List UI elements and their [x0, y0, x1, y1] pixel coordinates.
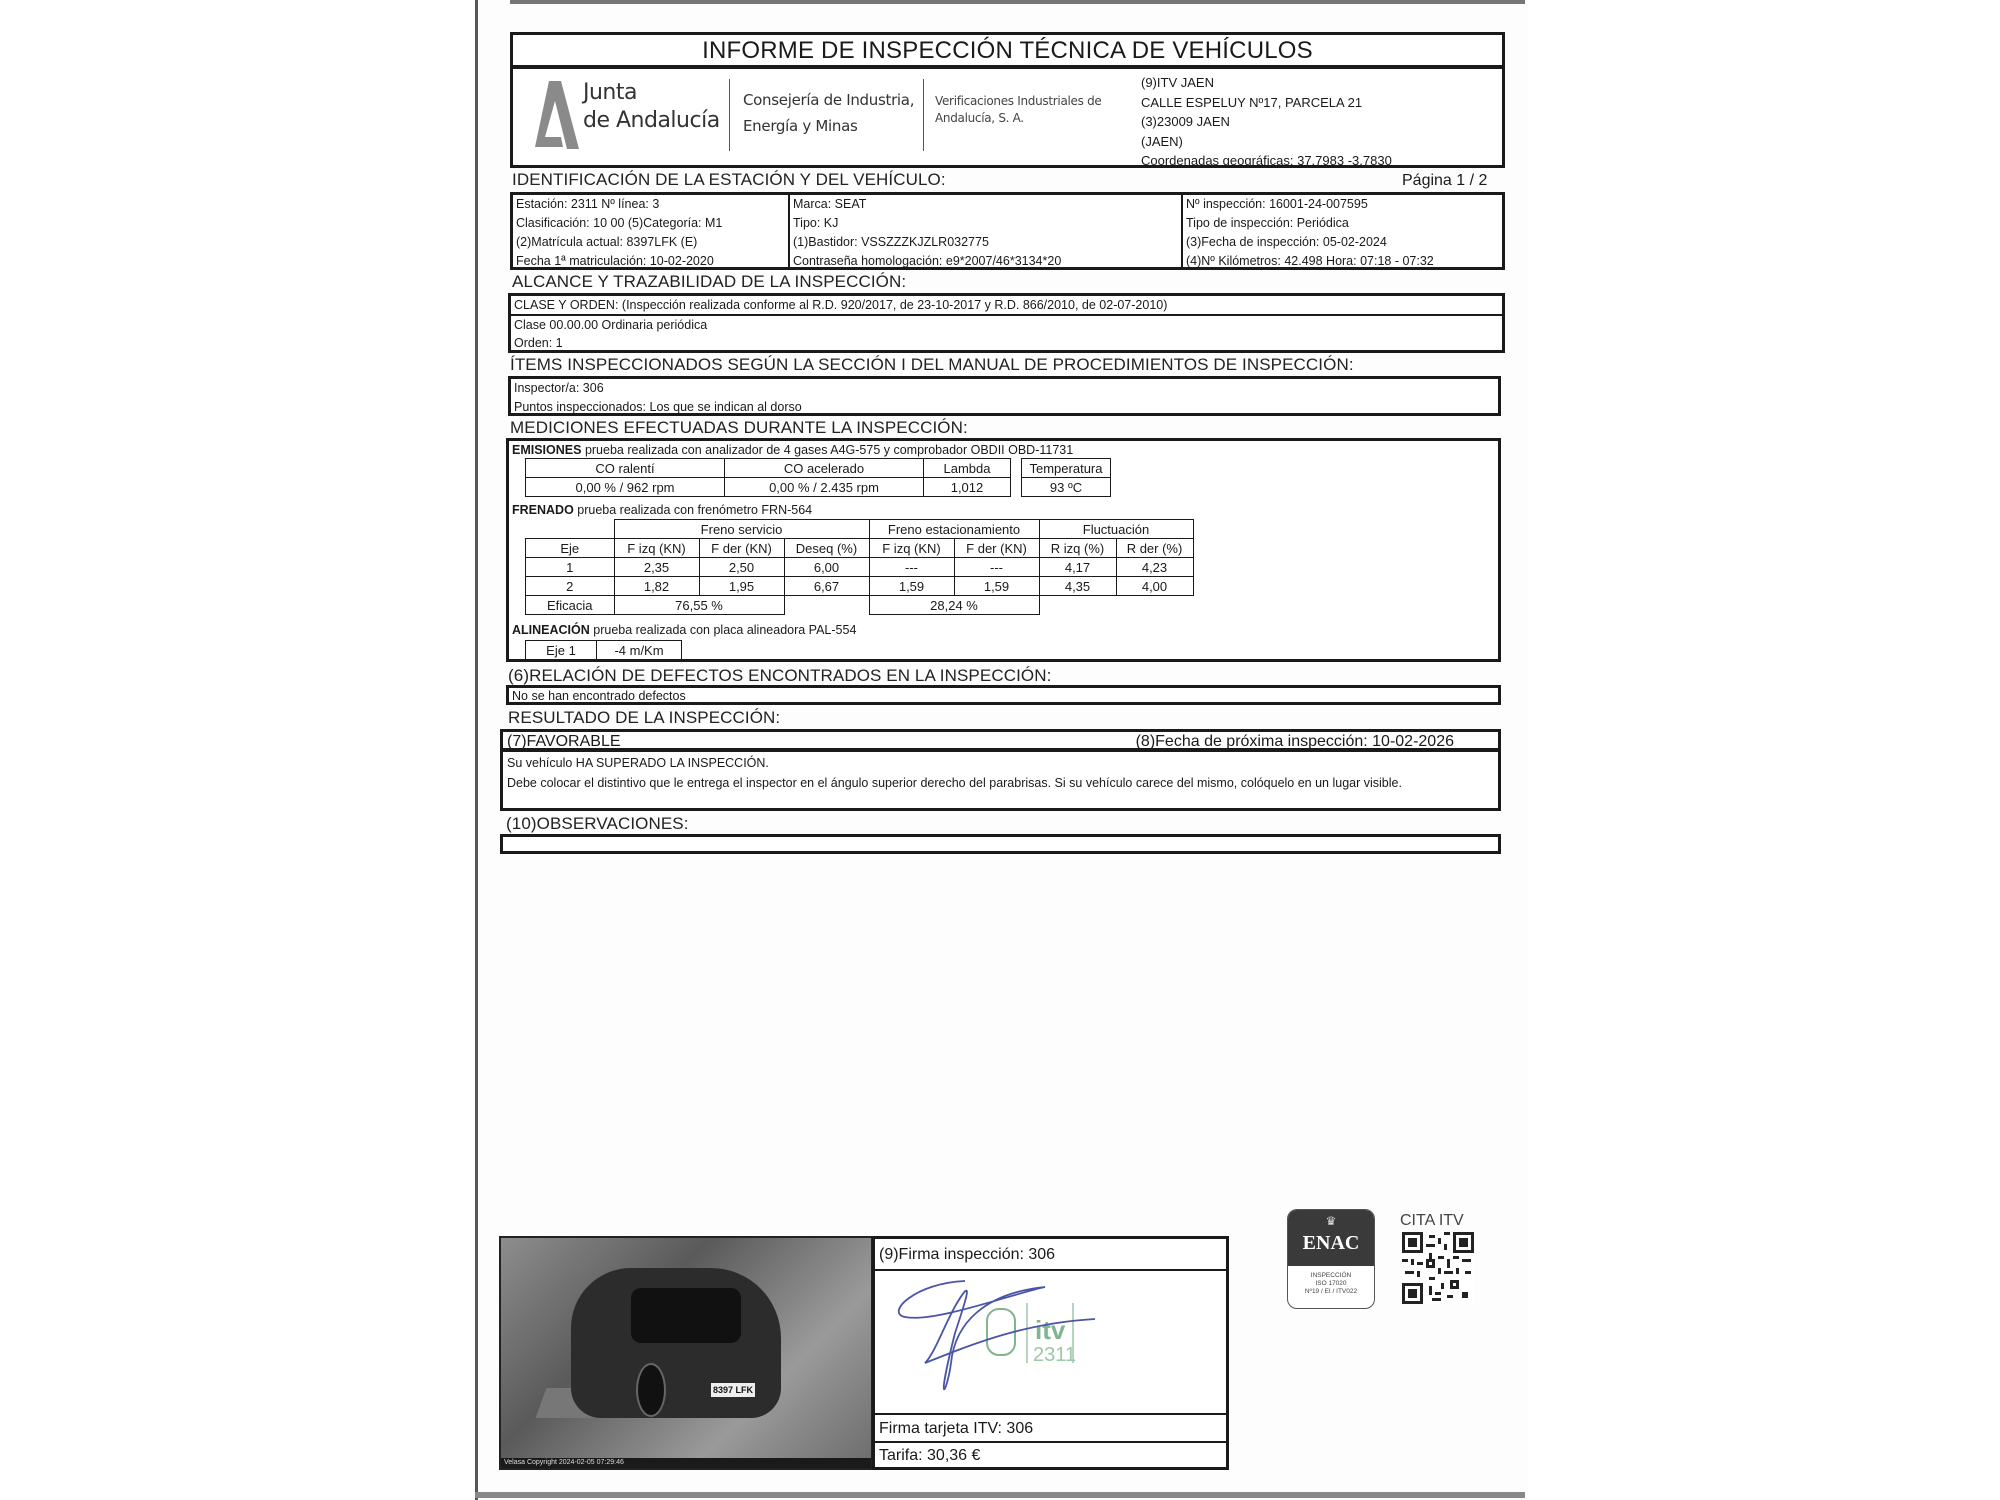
result-line-2: Debe colocar el distintivo que le entreg…: [507, 773, 1497, 793]
inspector-text: Inspector/a: 306: [514, 379, 604, 397]
junta-logo-text: Junta de Andalucía: [583, 79, 720, 135]
car-wheel: [636, 1363, 666, 1417]
enac-badge: ♛ ENAC INSPECCIÓN ISO 17020 Nº19 / EI / …: [1287, 1209, 1375, 1309]
section-heading-scope: ALCANCE Y TRAZABILIDAD DE LA INSPECCIÓN:: [512, 272, 906, 292]
svg-text:2311: 2311: [1033, 1344, 1076, 1366]
temperature-table: Temperatura 93 ºC: [1021, 458, 1111, 497]
points-text: Puntos inspeccionados: Los que se indica…: [514, 398, 802, 416]
clase-text: Clase 00.00.00 Ordinaria periódica: [514, 316, 707, 334]
signature-box: (9)Firma inspección: 306 itv 2311 Firma …: [872, 1236, 1229, 1470]
license-plate: 8397 LFK: [711, 1383, 755, 1397]
page-number: Página 1 / 2: [1402, 172, 1487, 190]
defects-box: No se han encontrado defectos: [506, 685, 1501, 705]
page-edge-bottom: [475, 1492, 1525, 1498]
scope-box: CLASE Y ORDEN: (Inspección realizada con…: [508, 293, 1505, 353]
signature-stamp-icon: itv 2311: [895, 1273, 1215, 1407]
clase-orden-text: CLASE Y ORDEN: (Inspección realizada con…: [514, 296, 1167, 314]
document-title: INFORME DE INSPECCIÓN TÉCNICA DE VEHÍCUL…: [510, 32, 1505, 68]
signature-label: (9)Firma inspección: 306: [875, 1241, 1226, 1271]
observations-box: [500, 834, 1501, 854]
card-signature-label: Firma tarjeta ITV: 306: [875, 1413, 1226, 1443]
result-line-1: Su vehículo HA SUPERADO LA INSPECCIÓN.: [507, 754, 769, 772]
identification-box: Estación: 2311 Nº línea: 3 Clasificación…: [510, 192, 1505, 270]
inspection-info-column: Nº inspección: 16001-24-007595 Tipo de i…: [1181, 195, 1502, 267]
qr-title: CITA ITV: [1400, 1212, 1464, 1230]
braking-line: FRENADO prueba realizada con frenómetro …: [512, 501, 812, 519]
station-address: (9)ITV JAEN CALLE ESPELUY Nº17, PARCELA …: [1141, 73, 1392, 171]
svg-text:itv: itv: [1035, 1315, 1066, 1345]
header-block: Junta de Andalucía Consejería de Industr…: [510, 66, 1505, 168]
vehicle-photo: 8397 LFK Velasa Copyright 2024-02-05 07:…: [499, 1236, 873, 1470]
defects-text: No se han encontrado defectos: [512, 688, 686, 704]
alignment-line: ALINEACIÓN prueba realizada con placa al…: [512, 621, 856, 639]
section-heading-result: RESULTADO DE LA INSPECCIÓN:: [508, 708, 780, 728]
junta-andalucia-logo-icon: [531, 79, 581, 151]
measurements-box: EMISIONES prueba realizada con analizado…: [506, 438, 1501, 662]
items-box: Inspector/a: 306 Puntos inspeccionados: …: [508, 376, 1501, 416]
section-heading-observations: (10)OBSERVACIONES:: [506, 814, 689, 834]
section-heading-measurements: MEDICIONES EFECTUADAS DURANTE LA INSPECC…: [510, 418, 968, 438]
vehicle-info-column: Marca: SEAT Tipo: KJ (1)Bastidor: VSSZZZ…: [788, 195, 1181, 267]
divider: [729, 79, 730, 151]
braking-table: Freno servicio Freno estacionamiento Flu…: [525, 519, 1194, 615]
section-heading-defects: (6)RELACIÓN DE DEFECTOS ENCONTRADOS EN L…: [508, 666, 1051, 686]
emissions-table: CO ralentí CO acelerado Lambda 0,00 % / …: [525, 458, 1011, 497]
qr-code-icon[interactable]: [1402, 1232, 1474, 1304]
emissions-line: EMISIONES prueba realizada con analizado…: [512, 441, 1073, 459]
divider: [923, 79, 924, 151]
station-info-column: Estación: 2311 Nº línea: 3 Clasificación…: [513, 195, 788, 267]
section-heading-identification: IDENTIFICACIÓN DE LA ESTACIÓN Y DEL VEHÍ…: [512, 170, 946, 190]
table-row: 1 2,35 2,50 6,00 --- --- 4,17 4,23: [526, 558, 1194, 577]
result-verdict-box: (7)FAVORABLE (8)Fecha de próxima inspecc…: [500, 729, 1501, 751]
photo-caption: Velasa Copyright 2024-02-05 07:29:46: [501, 1458, 871, 1468]
consejeria-text: Consejería de Industria, Energía y Minas: [743, 87, 914, 139]
alignment-table: Eje 1 -4 m/Km: [525, 640, 682, 660]
section-heading-items: ÍTEMS INSPECCIONADOS SEGÚN LA SECCIÓN I …: [510, 355, 1354, 375]
verificaciones-text: Verificaciones Industriales de Andalucía…: [935, 93, 1102, 127]
fee-label: Tarifa: 30,36 €: [875, 1443, 1226, 1469]
orden-text: Orden: 1: [514, 334, 563, 352]
result-message-box: Su vehículo HA SUPERADO LA INSPECCIÓN. D…: [500, 749, 1501, 811]
page-edge: [510, 0, 1525, 4]
car-rear-window: [631, 1288, 741, 1343]
crown-icon: ♛: [1288, 1210, 1374, 1232]
table-row: 2 1,82 1,95 6,67 1,59 1,59 4,35 4,00: [526, 577, 1194, 596]
